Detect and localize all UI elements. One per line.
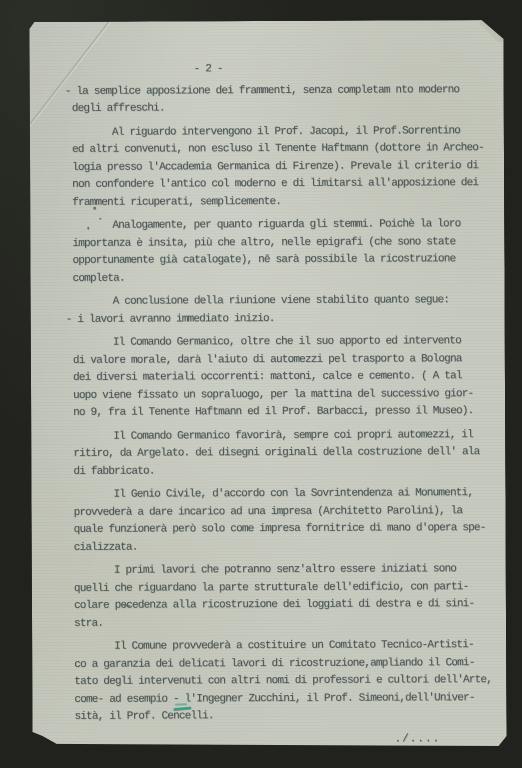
paragraph: Il Genio Civile, d'accordo con la Sovrin… xyxy=(73,485,511,557)
typed-line: completa. xyxy=(73,268,511,287)
paragraph: - la semplice apposizione dei frammenti,… xyxy=(72,81,510,118)
paper-sheet: - 2 - - la semplice apposizione dei fram… xyxy=(26,20,506,748)
typed-line: logia presso l'Accademia Germanica di Fi… xyxy=(72,157,510,176)
continuation-mark: ./.... xyxy=(75,730,513,749)
typed-line: cializzata. xyxy=(74,537,512,556)
typed-line: di valore morale, darà l'aiuto di autome… xyxy=(73,350,511,369)
typed-line: importanza è insita, più che altro, nell… xyxy=(72,233,510,252)
folded-corner-top-right xyxy=(479,20,503,42)
typed-line: A conclusione della riunione viene stabi… xyxy=(73,292,511,311)
paragraph: A conclusione della riunione viene stabi… xyxy=(73,292,511,329)
typed-line: tato degli intervenuti con altri nomi di… xyxy=(74,672,512,691)
typed-line: frammenti ricuperati, semplicemente. xyxy=(72,192,510,211)
typed-line: dei diversi materiali occorrenti: matton… xyxy=(73,368,511,387)
typed-line: ritiro, da Argelato. dei disegni origina… xyxy=(73,444,511,463)
typed-line: Il Genio Civile, d'accordo con la Sovrin… xyxy=(73,485,511,504)
typed-line: di fabbricato. xyxy=(73,461,511,480)
paragraph: I primi lavori che potranno senz'altro e… xyxy=(74,561,512,633)
paragraph: Analogamente, per quanto riguarda gli st… xyxy=(72,216,510,288)
typed-line: quale funzionerà però solo come impresa … xyxy=(74,520,512,539)
typed-line: Il Comando Germanico favorirà, sempre co… xyxy=(73,426,511,445)
typed-line: uopo viene fissato un sopraluogo, per la… xyxy=(73,385,511,404)
typed-line: - i lavori avranno immediato inizio. xyxy=(66,309,511,328)
paragraph: Il Comando Germanico, oltre che il suo a… xyxy=(73,333,511,422)
paragraph: Il Comune provvederà a costituire un Com… xyxy=(74,637,512,726)
typed-line: colare pe̶cedenza alla ricostruzione dei… xyxy=(74,596,512,615)
typed-line: - la semplice apposizione dei frammenti,… xyxy=(65,81,510,100)
typed-line: come- ad esempio - l'Ingegner Zucchini, … xyxy=(74,689,512,708)
typed-line: provvederà a dare incarico ad una impres… xyxy=(74,502,512,521)
typed-line: quelli che riguardano la parte struttura… xyxy=(74,578,512,597)
typed-line: sità, il Prof. Cencelli. xyxy=(74,707,512,726)
typed-line: stra. xyxy=(74,613,512,632)
typed-line: degli affreschi. xyxy=(72,99,510,118)
paragraph: Il Comando Germanico favorirà, sempre co… xyxy=(73,426,511,480)
typed-line: opportunamente già catalogate), nē sarà … xyxy=(72,251,510,270)
typed-line: Il Comune provvederà a costituire un Com… xyxy=(74,637,512,656)
typed-line: ed altri convenuti, non escluso il Tenen… xyxy=(72,140,510,159)
typed-line: Al riguardo intervengono il Prof. Jacopi… xyxy=(72,122,510,141)
typed-line: co a garanzia dei delicati lavori di ric… xyxy=(74,654,512,673)
page-number: - 2 - xyxy=(72,60,510,79)
typed-line: non confondere l'antico col moderno e di… xyxy=(72,175,510,194)
paragraph: Al riguardo intervengono il Prof. Jacopi… xyxy=(72,122,510,211)
typed-line: Analogamente, per quanto riguarda gli st… xyxy=(72,216,510,235)
typewritten-text-column: - 2 - - la semplice apposizione dei fram… xyxy=(72,60,513,750)
typed-line: I primi lavori che potranno senz'altro e… xyxy=(74,561,512,580)
typed-line: no 9, fra il Tenente Haftmann ed il Prof… xyxy=(73,403,511,422)
typed-line: Il Comando Germanico, oltre che il suo a… xyxy=(73,333,511,352)
